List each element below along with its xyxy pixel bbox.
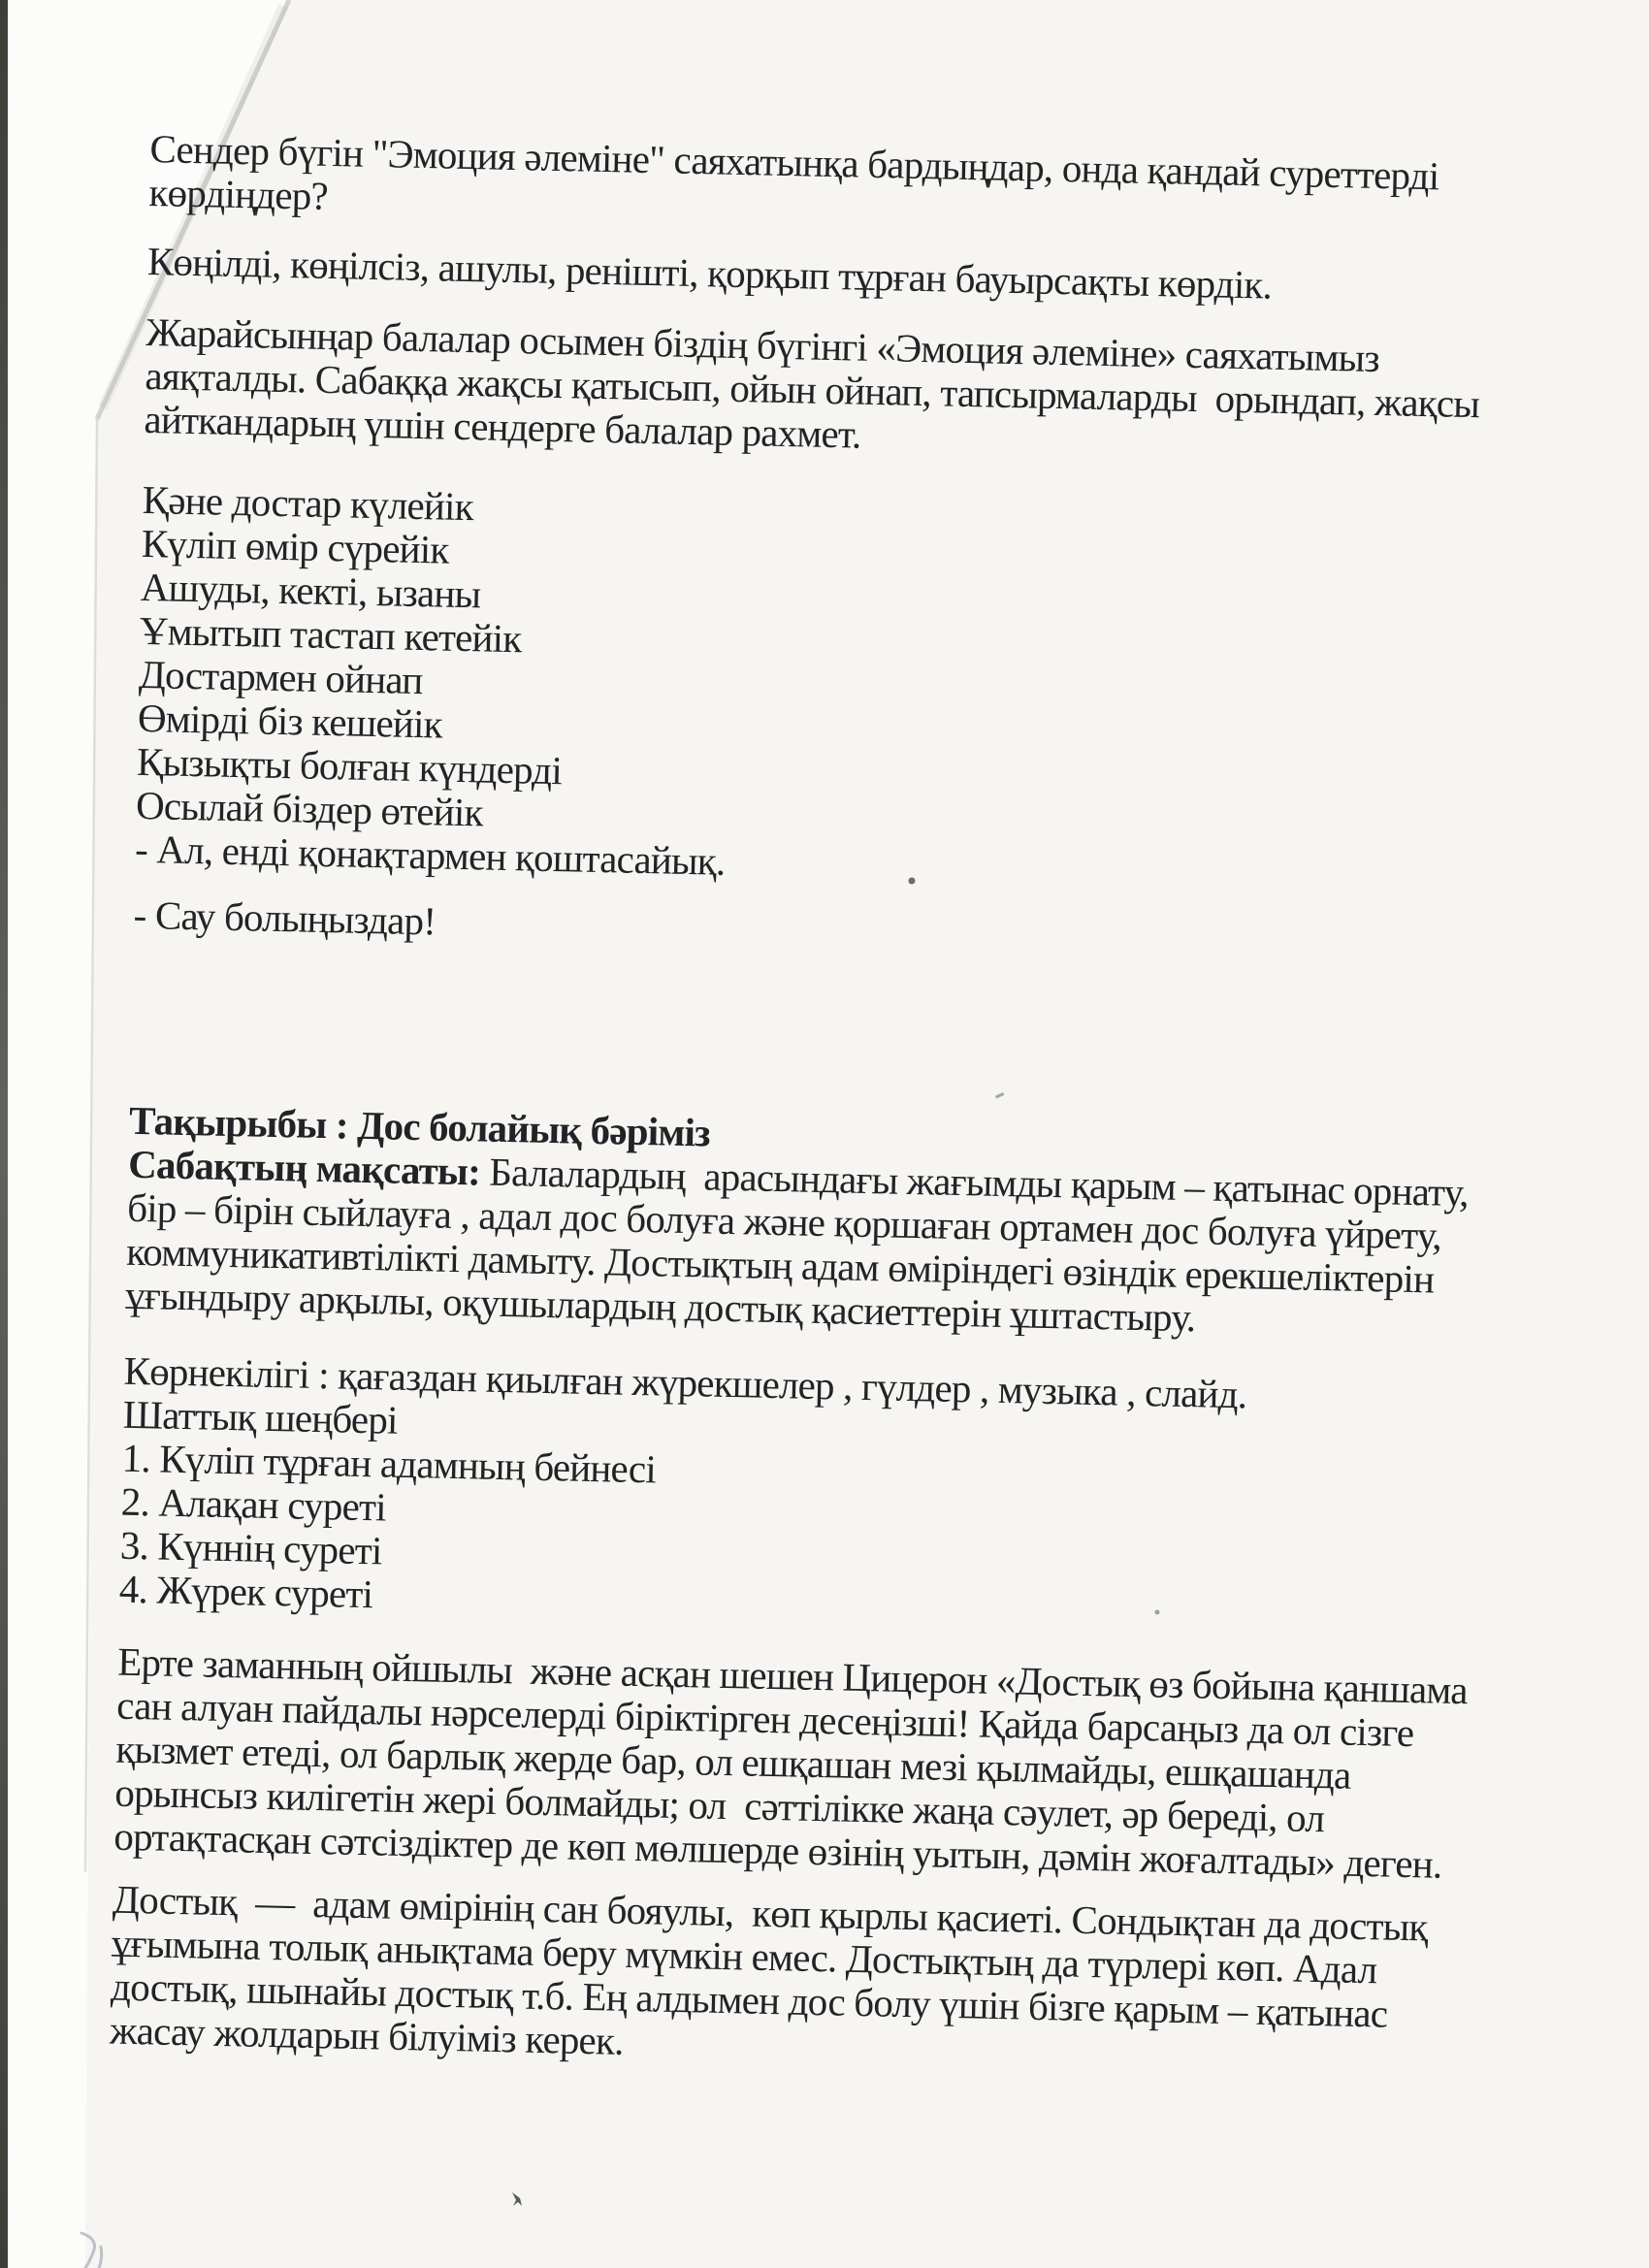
paragraph-lesson-visuals: Көрнекілігі : қағаздан қиылған жүрекшеле… — [118, 1349, 1520, 1641]
ink-speck — [512, 2192, 522, 2206]
paragraph-teacher-praise: Жарайсынңар балалар осымен біздің бүгінг… — [144, 310, 1543, 471]
paragraph-farewell: - Сау болыңыздар! — [133, 893, 1531, 967]
paragraph-cicero-quote: Ерте заманның ойшылы және асқан шешен Ци… — [113, 1640, 1514, 1889]
scanned-document-page: Сендер бүгін "Эмоция әлеміне" саяхатынқа… — [0, 0, 1649, 2268]
scanner-edge-strip — [0, 0, 8, 2268]
text-line: Көңілді, көңілсіз, ашулы, ренішті, қорқы… — [147, 240, 1545, 313]
paragraph-friendship-paragraph: Достық — адам өмірінің сан бояулы, көп қ… — [110, 1878, 1510, 2083]
text-line: - Сау болыңыздар! — [133, 893, 1531, 967]
paragraph-poem: Қәне достар күлейікКүліп өмір сүрейікАшу… — [135, 478, 1539, 901]
document-text: Сендер бүгін "Эмоция әлеміне" саяхатынқа… — [110, 127, 1547, 2082]
paragraph-answer-emotions: Көңілді, көңілсіз, ашулы, ренішті, қорқы… — [147, 240, 1545, 313]
paragraph-lesson-topic: Тақырыбы : Дос болайық бәрімізСабақтың м… — [125, 1099, 1526, 1347]
